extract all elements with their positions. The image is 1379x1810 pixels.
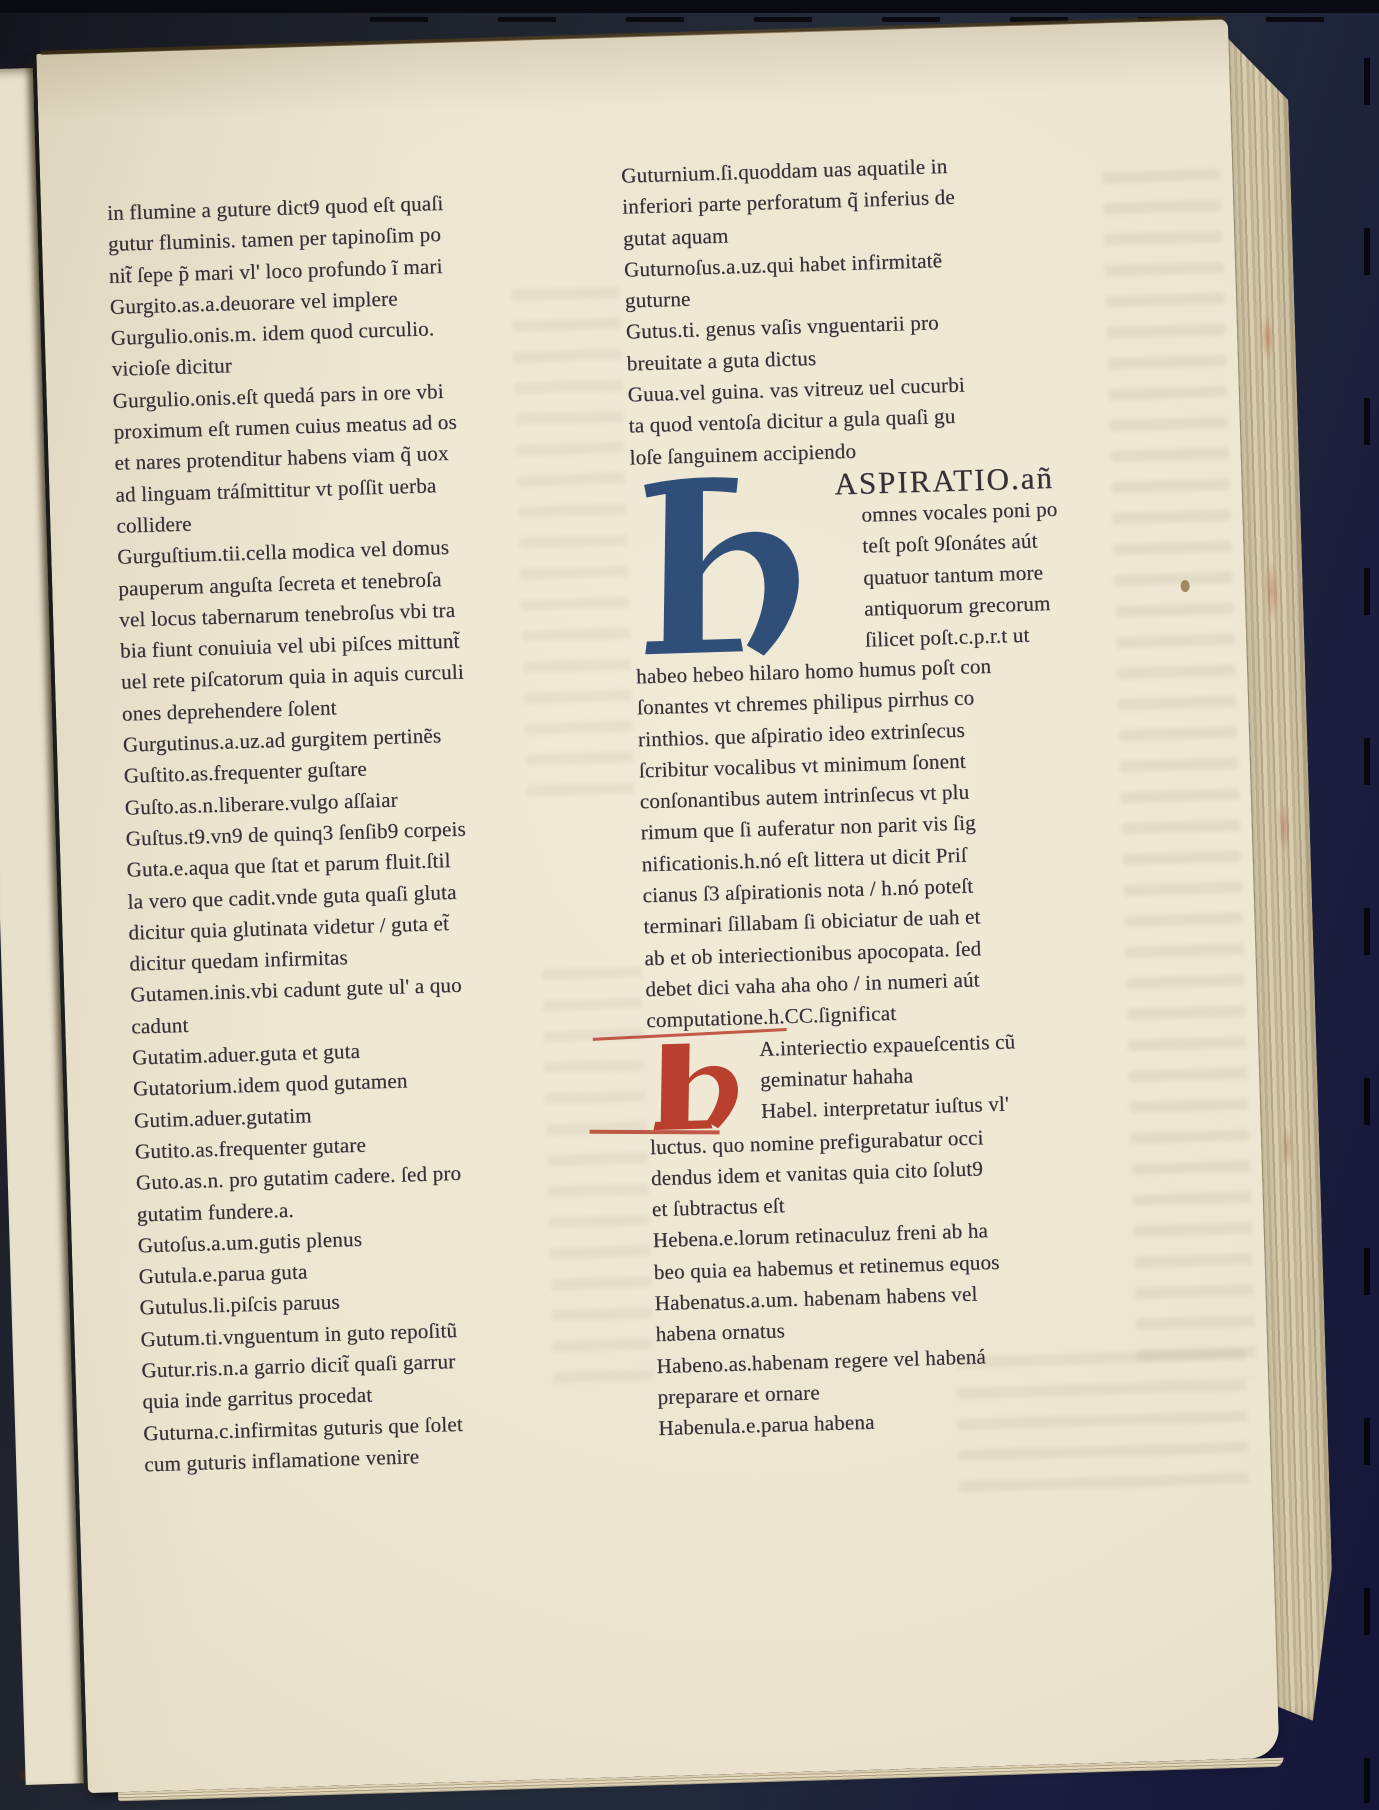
photograph-of-incunabulum-page: { "colors":{ "paper":"#ece5d0", "ink":"#… [0,0,1379,1810]
paper-stain [1180,580,1189,592]
right-column-bottom-lines: luctus. quo nomine prefigurabatur occide… [650,1118,1135,1445]
backdrop-top-band [0,0,1379,13]
ha-wrap-text: A.interiectio expaueſcentis cũgeminatur … [759,1023,1126,1128]
open-book: in flumine a guture dict9 quod eſt quaſi… [0,16,1358,1801]
rubrication-stroke [590,1129,720,1133]
ha-entry: h A.interiectio expaueſcentis cũgeminatu… [647,1023,1126,1132]
illuminated-initial-h-red: h [647,1034,750,1131]
right-text-column: Guturnium.ſi.quoddam uas aquatile ininfe… [621,146,1135,1444]
stitch-marks-right [1364,58,1370,1803]
right-column-mid-lines: habeo hebeo hilaro homo humus poſt conſo… [636,647,1123,1037]
ink-showthrough [542,966,654,1389]
illuminated-initial-h-blue: h [630,468,835,660]
right-column-top-lines: Guturnium.ſi.quoddam uas aquatile ininfe… [621,146,1106,473]
book-page: in flumine a guture dict9 quod eſt quaſi… [36,19,1279,1794]
ink-showthrough [512,287,635,810]
left-text-column: in flumine a guture dict9 quod eſt quaſi… [107,186,537,1480]
aspiratio-entry: h ASPIRATIO.añ omnes vocales poni poteſt… [630,459,1111,661]
aspiratio-wrap-text: ASPIRATIO.añ omnes vocales poni poteſt p… [830,459,1111,657]
initial-letter: h [630,473,631,474]
